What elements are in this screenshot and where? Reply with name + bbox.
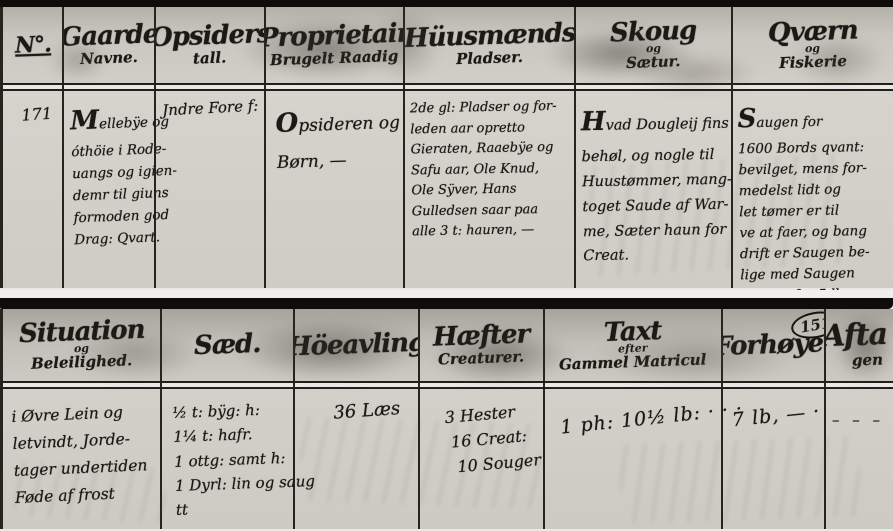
cell-occupant-count: Jndre Fore f: — [156, 91, 266, 288]
header-haefter-creaturer: Hæfter Creaturer. — [420, 309, 545, 383]
page-split-gap — [0, 290, 893, 298]
header-proprietair: Proprietair Brugelt Raadig — [266, 7, 405, 85]
header-aftagen: Afta gen — [826, 309, 893, 383]
cell-raised: 7 lb, — · — [723, 389, 826, 529]
cell-mill-fishery: Saugen for 1600 Bords qvant: bevilget, m… — [733, 91, 893, 288]
cell-situation: i Øvre Lein og letvindt, Jorde- tager un… — [0, 389, 162, 529]
lower-body-row: i Øvre Lein og letvindt, Jorde- tager un… — [0, 389, 893, 529]
lower-table: Situation og Beleilighed. Sæd. Höeavling… — [0, 298, 893, 531]
upper-body-row: 171 Mellebÿe og óthöie i Rode- uangs og … — [0, 91, 893, 288]
cell-proprietor: Opsideren og Børn, — — [266, 91, 405, 288]
cell-reduced: – – – — [826, 389, 893, 529]
cell-hay-harvest: 36 Læs — [295, 389, 420, 529]
cell-seed: ½ t: bÿg: h: 1¼ t: hafr. 1 ottg: samt h:… — [162, 389, 295, 529]
header-huusmaends-pladser: Hüusmænds Pladser. — [405, 7, 576, 85]
document-scan: N°. Gaarde Navne. Opsiders tall. Proprie… — [0, 0, 893, 531]
header-forhoyet: Forhøyet 151 — [723, 309, 826, 383]
header-hoeavling: Höeavling — [295, 309, 420, 383]
header-situation: Situation og Beleilighed. — [0, 309, 162, 383]
header-saed: Sæd. — [162, 309, 295, 383]
header-opsiders-tall: Opsiders tall. — [156, 7, 266, 85]
cell-old-tax: 1 ph: 10½ lb: · · · — [545, 389, 723, 529]
lower-header-row: Situation og Beleilighed. Sæd. Höeavling… — [0, 309, 893, 383]
header-qvaern-fiskerie: Qværn og Fiskerie — [733, 7, 893, 85]
upper-header-row: N°. Gaarde Navne. Opsiders tall. Proprie… — [0, 7, 893, 85]
header-gaarde-navne: Gaarde Navne. — [64, 7, 156, 85]
cell-farm-name: Mellebÿe og óthöie i Rode- uangs og igie… — [64, 91, 156, 288]
header-skoug-saetur: Skoug og Sætur. — [576, 7, 733, 85]
header-no: N°. — [0, 7, 64, 85]
cell-forest-pasture: Hvad Dougleij fins behøl, og nogle til H… — [576, 91, 733, 288]
cell-livestock: 3 Hester 16 Creat: 10 Souger — [420, 389, 545, 529]
header-no-title: N°. — [14, 33, 51, 56]
cell-cottager-plots: 2de gl: Pladser og for- leden aar oprett… — [405, 91, 576, 288]
farm-number: 171 — [2, 89, 63, 126]
header-taxt-matricul: Taxt efter Gammel Matricul — [545, 309, 723, 383]
upper-table-top-border — [0, 0, 893, 7]
upper-table: N°. Gaarde Navne. Opsiders tall. Proprie… — [0, 0, 893, 290]
cell-farm-number: 171 — [0, 91, 64, 288]
lower-table-top-border — [0, 298, 893, 309]
